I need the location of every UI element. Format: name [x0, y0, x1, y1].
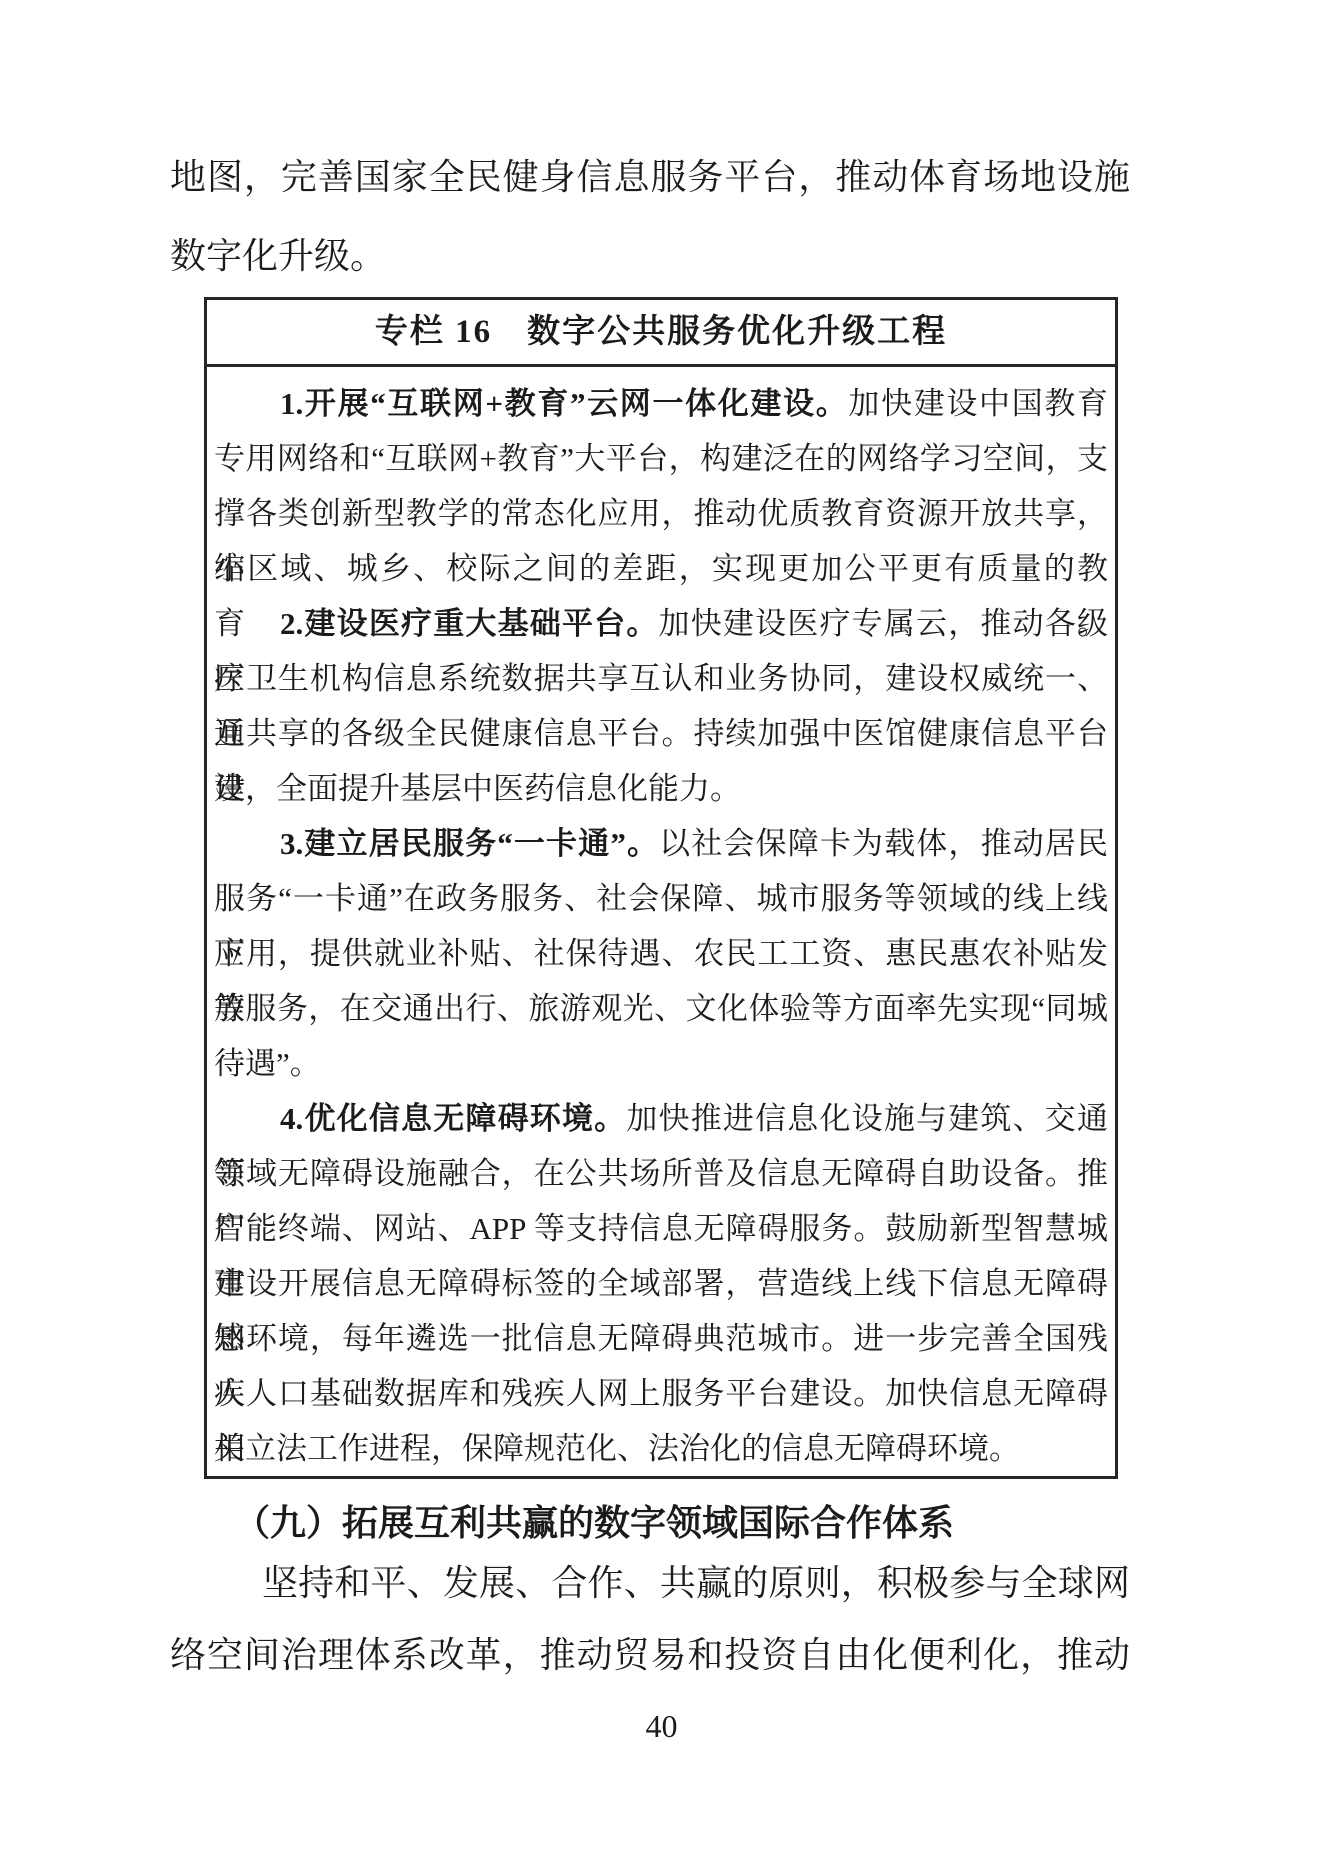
panel-item-1-line-2: 专用网络和“互联网+教育”大平台，构建泛在的网络学习空间，支	[214, 431, 1108, 486]
panel-item-1-line-1: 1.开展“互联网+教育”云网一体化建设。加快建设中国教育	[214, 376, 1108, 431]
panel-item-3-line-2: 服务“一卡通”在政务服务、社会保障、城市服务等领域的线上线下	[214, 871, 1108, 926]
bottom-paragraph: 坚持和平、发展、合作、共赢的原则，积极参与全球网 络空间治理体系改革，推动贸易和…	[170, 1547, 1130, 1691]
panel-item-2-line-1: 2.建设医疗重大基础平台。加快建设医疗专属云，推动各级医	[214, 596, 1108, 651]
panel-item-4-lead: 4.优化信息无障碍环境。	[280, 1101, 626, 1136]
panel-item-3-lead: 3.建立居民服务“一卡通”。	[280, 826, 659, 861]
panel-item-2-line-2: 疗卫生机构信息系统数据共享互认和业务协同，建设权威统一、互	[214, 651, 1108, 706]
panel-box: 专栏 16 数字公共服务优化升级工程 1.开展“互联网+教育”云网一体化建设。加…	[204, 297, 1118, 1479]
intro-line-2: 数字化升级。	[170, 217, 1130, 296]
panel-item-1-lead: 1.开展“互联网+教育”云网一体化建设。	[280, 386, 848, 421]
panel-body: 1.开展“互联网+教育”云网一体化建设。加快建设中国教育 专用网络和“互联网+教…	[207, 367, 1115, 1476]
panel-item-1-line-4: 小区域、城乡、校际之间的差距，实现更加公平更有质量的教育。	[214, 541, 1108, 596]
panel-item-3-rest: 以社会保障卡为载体，推动居民	[659, 826, 1108, 861]
panel-item-4-line-1: 4.优化信息无障碍环境。加快推进信息化设施与建筑、交通等	[214, 1091, 1108, 1146]
panel-item-1-rest: 加快建设中国教育	[848, 386, 1108, 421]
panel-item-1-line-3: 撑各类创新型教学的常态化应用，推动优质教育资源开放共享，缩	[214, 486, 1108, 541]
panel-item-2-lead: 2.建设医疗重大基础平台。	[280, 606, 659, 641]
page-number: 40	[0, 1702, 1323, 1750]
bottom-paragraph-line-2: 络空间治理体系改革，推动贸易和投资自由化便利化，推动	[170, 1619, 1130, 1691]
intro-line-1: 地图，完善国家全民健身信息服务平台，推动体育场地设施	[170, 138, 1130, 217]
panel-title: 专栏 16 数字公共服务优化升级工程	[207, 300, 1115, 367]
panel-item-4-line-2: 领域无障碍设施融合，在公共场所普及信息无障碍自助设备。推广	[214, 1146, 1108, 1201]
panel-item-3-line-1: 3.建立居民服务“一卡通”。以社会保障卡为载体，推动居民	[214, 816, 1108, 871]
panel-item-4-line-6: 人人口基础数据库和残疾人网上服务平台建设。加快信息无障碍相	[214, 1366, 1108, 1421]
panel-item-3-line-5: 待遇”。	[214, 1036, 1108, 1091]
intro-paragraph: 地图，完善国家全民健身信息服务平台，推动体育场地设施 数字化升级。	[170, 138, 1130, 296]
panel-item-3-line-3: 应用，提供就业补贴、社保待遇、农民工工资、惠民惠农补贴发放	[214, 926, 1108, 981]
panel-item-2-line-3: 通共享的各级全民健康信息平台。持续加强中医馆健康信息平台建	[214, 706, 1108, 761]
panel-item-4-line-5: 知环境，每年遴选一批信息无障碍典范城市。进一步完善全国残疾	[214, 1311, 1108, 1366]
panel-item-2-line-4: 设，全面提升基层中医药信息化能力。	[214, 761, 1108, 816]
panel-item-3-line-4: 等服务，在交通出行、旅游观光、文化体验等方面率先实现“同城	[214, 981, 1108, 1036]
panel-item-4-line-7: 关立法工作进程，保障规范化、法治化的信息无障碍环境。	[214, 1421, 1108, 1476]
panel-item-4-line-3: 智能终端、网站、APP 等支持信息无障碍服务。鼓励新型智慧城市	[214, 1201, 1108, 1256]
bottom-paragraph-line-1: 坚持和平、发展、合作、共赢的原则，积极参与全球网	[170, 1547, 1130, 1619]
panel-item-4-line-4: 建设开展信息无障碍标签的全域部署，营造线上线下信息无障碍感	[214, 1256, 1108, 1311]
